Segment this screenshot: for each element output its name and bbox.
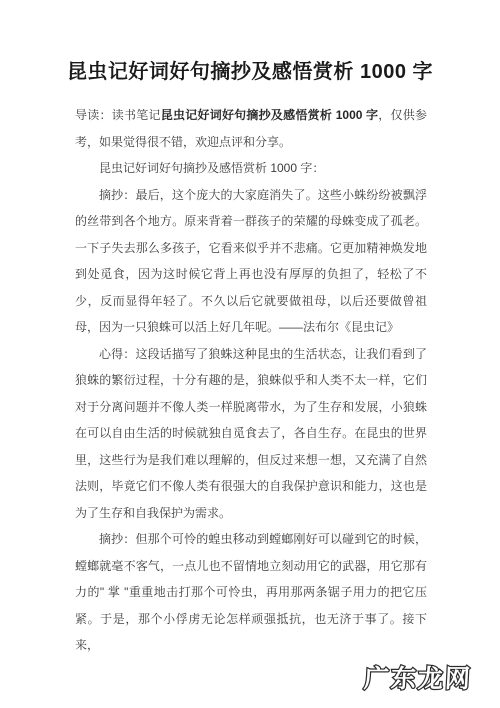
intro-highlight: 昆虫记好词好句摘抄及感悟赏析 1000 字 [161, 108, 379, 122]
paragraph-excerpt-spider: 摘抄：最后，这个庞大的大家庭消失了。这些小蛛纷纷被飘浮的丝带到各个地方。原来背着… [75, 182, 427, 341]
paragraph-subtitle: 昆虫记好词好句摘抄及感悟赏析 1000 字： [75, 155, 427, 182]
watermark-logo: 广东龙网 [363, 659, 473, 695]
paragraph-reflection-spider: 心得：这段话描写了狼蛛这种昆虫的生活状态，让我们看到了狼蛛的繁衍过程，十分有趣的… [75, 341, 427, 527]
document-body: 导读：读书笔记昆虫记好词好句摘抄及感悟赏析 1000 字，仅供参考，如果觉得很不… [75, 102, 427, 659]
paragraph-excerpt-mantis: 摘抄：但那个可怜的蝗虫移动到螳螂刚好可以碰到它的时候，螳螂就毫不客气，一点儿也不… [75, 526, 427, 659]
document-title: 昆虫记好词好句摘抄及感悟赏析 1000 字 [0, 0, 500, 86]
intro-prefix: 导读：读书笔记 [75, 108, 161, 122]
document-page: 昆虫记好词好句摘抄及感悟赏析 1000 字 导读：读书笔记昆虫记好词好句摘抄及感… [0, 0, 500, 708]
intro-paragraph: 导读：读书笔记昆虫记好词好句摘抄及感悟赏析 1000 字，仅供参考，如果觉得很不… [75, 102, 427, 155]
